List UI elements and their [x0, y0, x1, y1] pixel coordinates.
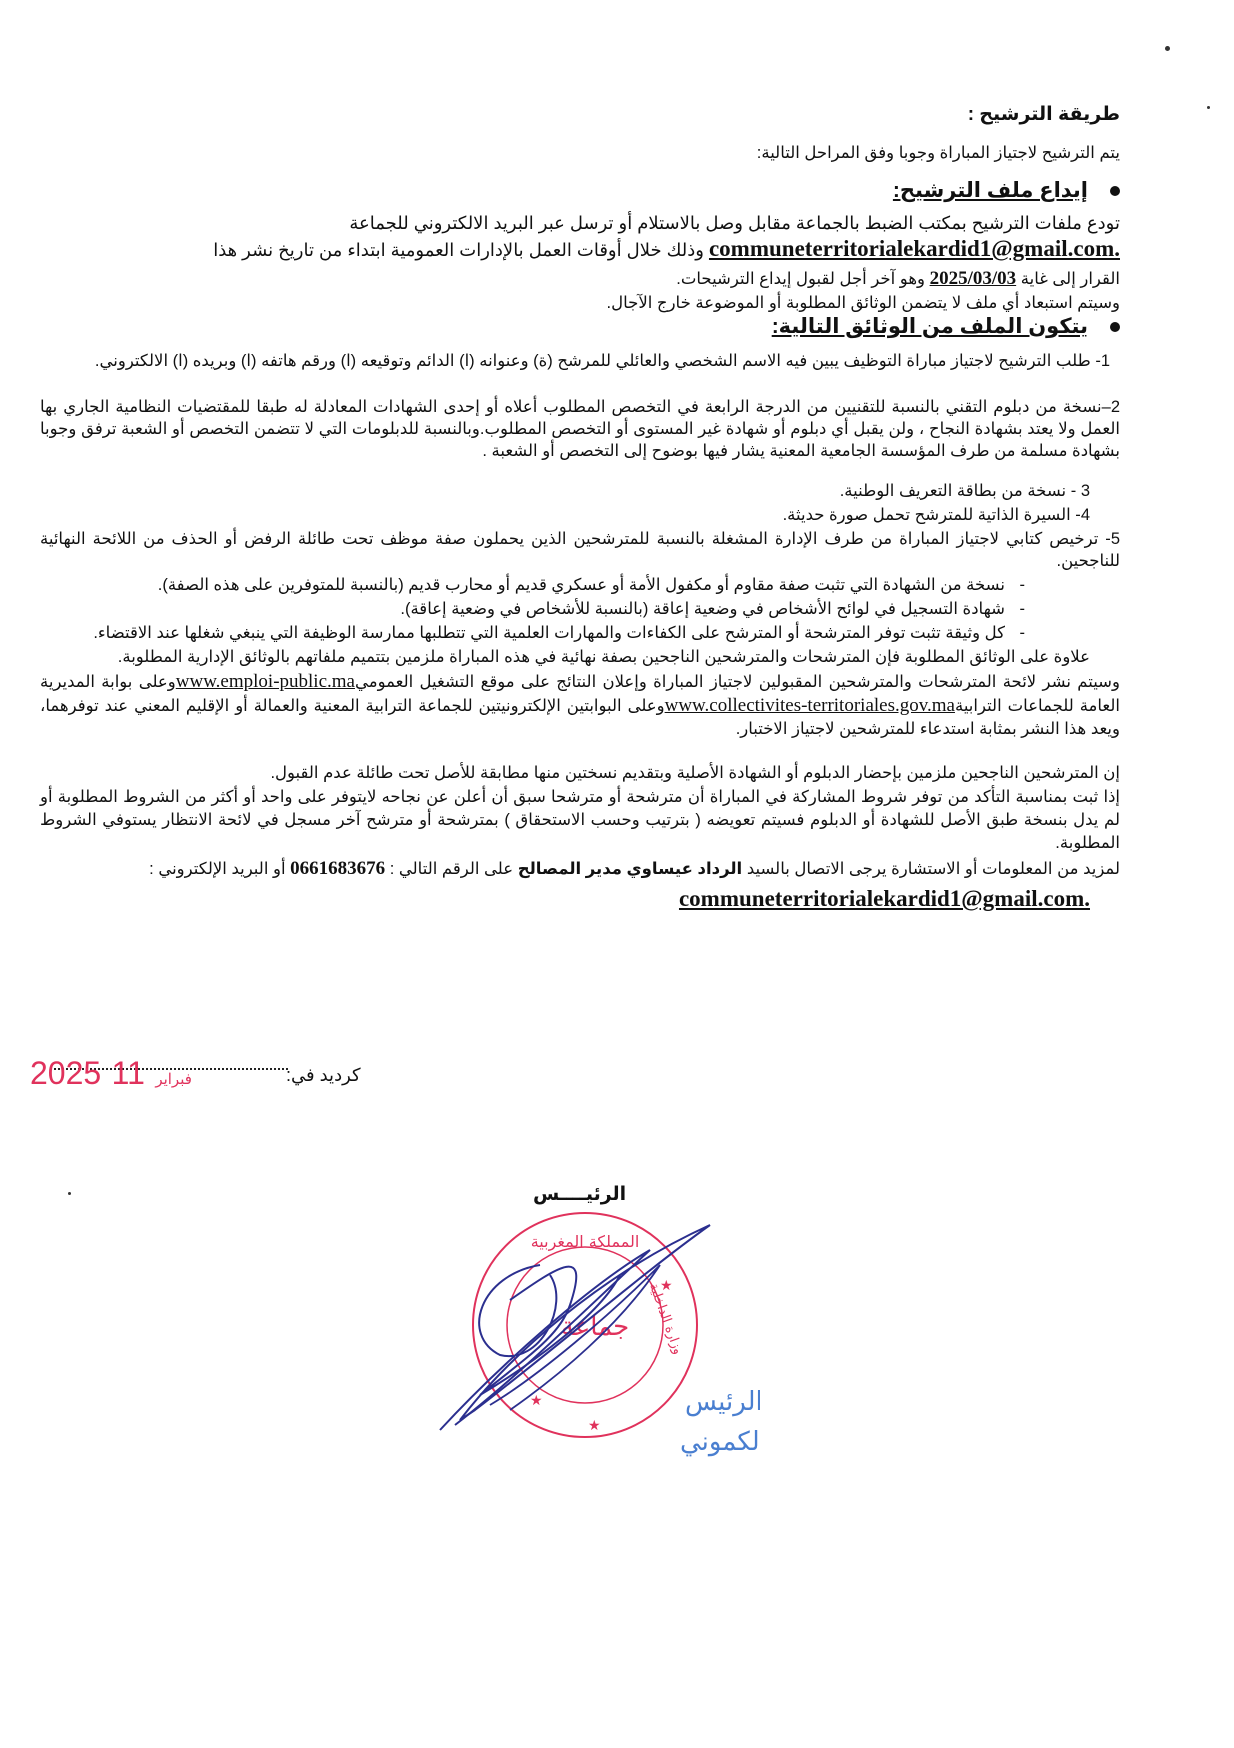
bullet-icon [1110, 186, 1120, 196]
originals-note: إن المترشحين الناجحين ملزمين بإحضار الدب… [40, 762, 1120, 784]
scan-speck [68, 1192, 71, 1195]
bullet-icon [1110, 322, 1120, 332]
svg-text:★: ★ [588, 1417, 601, 1433]
contact-line: لمزيد من المعلومات أو الاستشارة يرجى الا… [40, 858, 1120, 880]
collectivites-link[interactable]: www.collectivites-territoriales.gov.ma [665, 695, 955, 716]
doc-item-4: 4- السيرة الذاتية للمترشح تحمل صورة حديث… [40, 504, 1120, 526]
heading-file-submission: إيداع ملف الترشيح: [40, 180, 1120, 202]
doc-item-2: 2–نسخة من دبلوم التقني بالنسبة للتقنيين … [40, 396, 1120, 462]
email-link[interactable]: communeterritorialekardid1@gmail.com. [709, 236, 1120, 261]
sub-item-1: -نسخة من الشهادة التي تثبت صفة مقاوم أو … [40, 574, 1120, 596]
doc-item-3: 3 - نسخة من بطاقة التعريف الوطنية. [40, 480, 1120, 502]
contact-email-line: communeterritorialekardid1@gmail.com. [40, 888, 1120, 912]
heading-text: إيداع ملف الترشيح: [893, 179, 1088, 202]
scan-speck [1207, 106, 1210, 109]
additional-docs-note: علاوة على الوثائق المطلوبة فإن المترشحات… [40, 646, 1120, 668]
sub-item-2: -شهادة التسجيل في لوائح الأشخاص في وضعية… [40, 598, 1120, 620]
svg-text:المصطفى الكموني: المصطفى الكموني [680, 1427, 760, 1457]
deadline-suffix: وهو آخر أجل لقبول إيداع الترشيحات. [676, 270, 925, 288]
stamp-year: 2025 [30, 1055, 101, 1091]
place-label: كرديد في: [286, 1065, 361, 1086]
sub-item-3: -كل وثيقة تثبت توفر المترشحة أو المترشح … [40, 622, 1120, 644]
scan-speck [1165, 46, 1170, 51]
svg-text:المملكة المغربية: المملكة المغربية [531, 1232, 640, 1252]
submission-paragraph: تودع ملفات الترشيح بمكتب الضبط بالجماعة … [40, 210, 1120, 263]
stamp-day: 11 [112, 1055, 145, 1091]
replacement-paragraph: إذا ثبت بمناسبة التأكد من توفر شروط المش… [40, 786, 1120, 855]
heading-documents: يتكون الملف من الوثائق التالية: [40, 316, 1120, 338]
heading-text: يتكون الملف من الوثائق التالية: [772, 315, 1088, 338]
deadline-prefix: القرار إلى غاية [1021, 270, 1120, 288]
official-seal-icon: المملكة المغربية جماعة وزارة الداخلية ★ … [420, 1205, 760, 1495]
date-stamp: 2025 فبراير 11 [30, 1055, 192, 1092]
contact-phone: 0661683676 [290, 858, 385, 879]
signatory-title: الرئيــــس [533, 1183, 626, 1206]
deadline-line: القرار إلى غاية 2025/03/03 وهو آخر أجل ل… [40, 268, 1120, 290]
dash-icon: - [1005, 574, 1025, 596]
exclusion-note: وسيتم استبعاد أي ملف لا يتضمن الوثائق ال… [40, 292, 1120, 314]
svg-text:الرئيس: الرئيس [685, 1387, 760, 1417]
svg-text:★: ★ [660, 1277, 673, 1293]
dash-icon: - [1005, 622, 1025, 644]
emploi-public-link[interactable]: www.emploi-public.ma [176, 671, 355, 692]
submission-line-2: وذلك خلال أوقات العمل بالإدارات العمومية… [213, 240, 704, 260]
section-title: طريقة الترشيح : [40, 104, 1120, 126]
contact-name: الرداد عيساوي مدير المصالح [518, 860, 743, 878]
doc-item-1: 1- طلب الترشيح لاجتياز مباراة التوظيف يب… [40, 350, 1120, 372]
publication-paragraph: وسيتم نشر لائحة المترشحات والمترشحين الم… [40, 670, 1120, 741]
intro-text: يتم الترشيح لاجتياز المباراة وجوبا وفق ا… [40, 142, 1120, 164]
contact-email-link[interactable]: communeterritorialekardid1@gmail.com. [679, 886, 1090, 911]
signature-seal-area: المملكة المغربية جماعة وزارة الداخلية ★ … [420, 1205, 760, 1495]
deadline-date: 2025/03/03 [930, 268, 1017, 289]
doc-item-5: 5- ترخيص كتابي لاجتياز المباراة من طرف ا… [40, 528, 1120, 572]
stamp-month: فبراير [155, 1071, 192, 1088]
dash-icon: - [1005, 598, 1025, 620]
submission-line-1: تودع ملفات الترشيح بمكتب الضبط بالجماعة … [349, 213, 1120, 233]
